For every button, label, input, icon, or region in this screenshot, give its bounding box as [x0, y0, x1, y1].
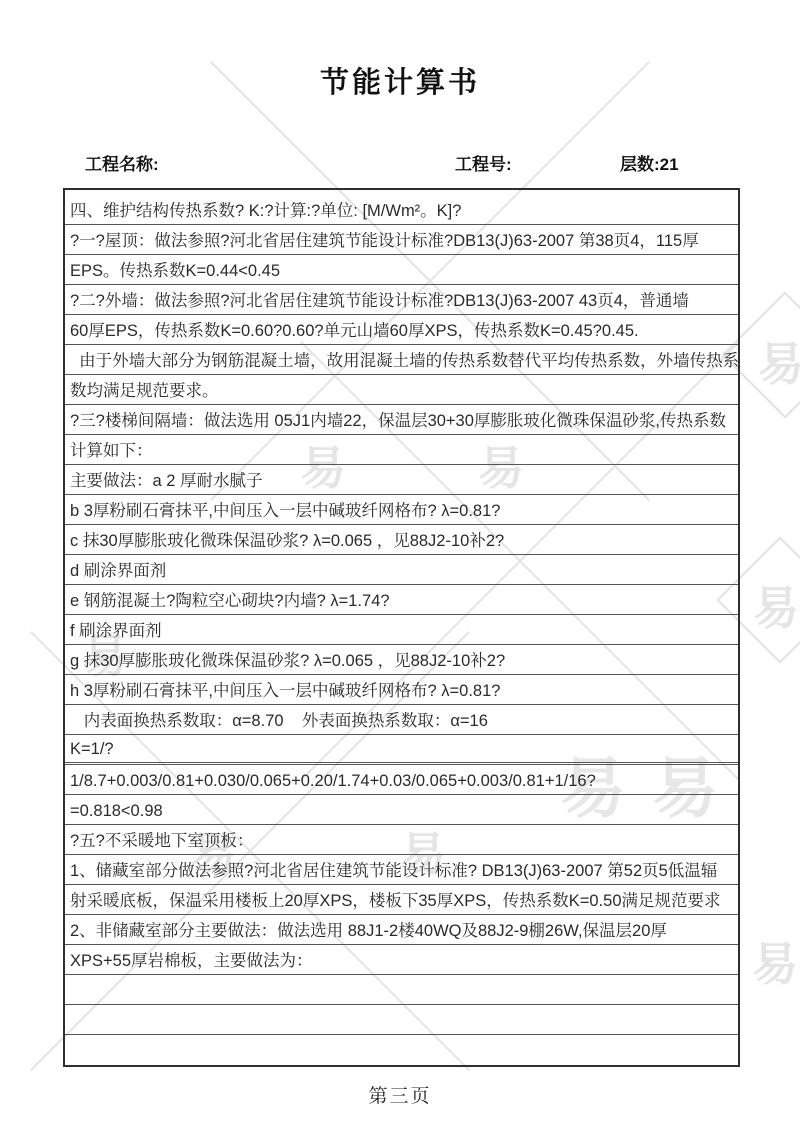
table-row: ?三?楼梯间隔墙：做法选用 05J1内墙22，保温层30+30厚膨胀玻化微珠保温…	[65, 405, 738, 435]
table-row: 数均满足规范要求。	[65, 375, 738, 405]
table-row: EPS。传热系数K=0.44<0.45	[65, 255, 738, 285]
table-row	[65, 975, 738, 1005]
floors-label: 层数:21	[620, 150, 679, 175]
table-row: c 抹30厚膨胀玻化微珠保温砂浆? λ=0.065 ，见88J2-10补2?	[65, 525, 738, 555]
meta-row: 工程名称: 工程号: 层数:21	[63, 151, 740, 175]
table-row: 射采暖底板，保温采用楼板上20厚XPS，楼板下35厚XPS，传热系数K=0.50…	[65, 885, 738, 915]
table-row: 1/8.7+0.003/0.81+0.030/0.065+0.20/1.74+0…	[65, 765, 738, 795]
document-title: 节能计算书	[0, 60, 800, 101]
table-row: K=1/?	[65, 735, 738, 765]
project-number-label: 工程号:	[455, 150, 512, 175]
table-row: 内表面换热系数取：α=8.70 外表面换热系数取：α=16	[65, 705, 738, 735]
table-row: ?五?不采暖地下室顶板：	[65, 825, 738, 855]
table-row: 四、维护结构传热系数? K:?计算:?单位: [M/Wm²。K]?	[65, 190, 738, 225]
document-page: 易 易 易 易 易 易 易 易 易易 节能计算书 工程名称: 工程号: 层数:2…	[0, 0, 800, 1129]
table-row: 由于外墙大部分为钢筋混凝土墙，故用混凝土墙的传热系数替代平均传热系数，外墙传热系	[65, 345, 738, 375]
table-row	[65, 1005, 738, 1035]
table-row: 60厚EPS，传热系数K=0.60?0.60?单元山墙60厚XPS，传热系数K=…	[65, 315, 738, 345]
table-row: 2、非储藏室部分主要做法：做法选用 88J1-2楼40WQ及88J2-9棚26W…	[65, 915, 738, 945]
table-row: h 3厚粉刷石膏抹平,中间压入一层中碱玻纤网格布? λ=0.81?	[65, 675, 738, 705]
page-number: 第三页	[0, 1081, 800, 1108]
project-name-label: 工程名称:	[85, 150, 159, 175]
table-row: e 钢筋混凝土?陶粒空心砌块?内墙? λ=1.74?	[65, 585, 738, 615]
table-row: XPS+55厚岩棉板，主要做法为：	[65, 945, 738, 975]
table-row: b 3厚粉刷石膏抹平,中间压入一层中碱玻纤网格布? λ=0.81?	[65, 495, 738, 525]
table-row: ?一?屋顶：做法参照?河北省居住建筑节能设计标准?DB13(J)63-2007 …	[65, 225, 738, 255]
table-row: 主要做法：a 2 厚耐水腻子	[65, 465, 738, 495]
table-row: g 抹30厚膨胀玻化微珠保温砂浆? λ=0.065 ，见88J2-10补2?	[65, 645, 738, 675]
table-row	[65, 1035, 738, 1065]
table-row: f 刷涂界面剂	[65, 615, 738, 645]
table-row: =0.818<0.98	[65, 795, 738, 825]
table-row: ?二?外墙：做法参照?河北省居住建筑节能设计标准?DB13(J)63-2007 …	[65, 285, 738, 315]
calculation-table: 四、维护结构传热系数? K:?计算:?单位: [M/Wm²。K]? ?一?屋顶：…	[63, 188, 740, 1067]
table-row: 1、储藏室部分做法参照?河北省居住建筑节能设计标准? DB13(J)63-200…	[65, 855, 738, 885]
table-row: d 刷涂界面剂	[65, 555, 738, 585]
table-row: 计算如下：	[65, 435, 738, 465]
